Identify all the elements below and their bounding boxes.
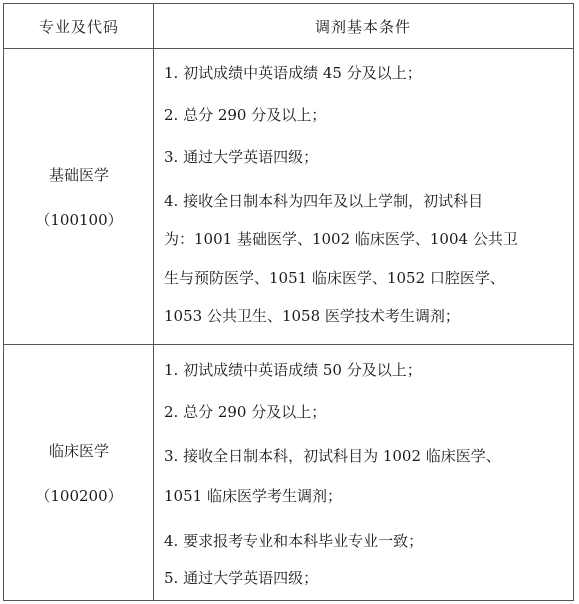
major-code: （100200） [35, 485, 122, 506]
conditions-cell-basic-medicine: 1. 初试成绩中英语成绩 45 分及以上； 2. 总分 290 分及以上； 3.… [164, 50, 569, 344]
condition-line: 5. 通过大学英语四级； [164, 567, 318, 588]
condition-line: 2. 总分 290 分及以上； [164, 401, 326, 422]
condition-line: 1. 初试成绩中英语成绩 45 分及以上； [164, 62, 422, 83]
condition-line: 2. 总分 290 分及以上； [164, 104, 326, 125]
condition-line: 1051 临床医学考生调剂； [164, 485, 342, 506]
condition-line: 3. 接收全日制本科，初试科目为 1002 临床医学、 [164, 445, 501, 466]
adjustment-conditions-table: 专业及代码 调剂基本条件 基础医学 （100100） 1. 初试成绩中英语成绩 … [3, 3, 574, 601]
condition-line: 1. 初试成绩中英语成绩 50 分及以上； [164, 359, 422, 380]
major-name: 临床医学 [49, 440, 109, 461]
row-divider [4, 344, 573, 345]
condition-line: 3. 通过大学英语四级； [164, 146, 318, 167]
condition-line: 生与预防医学、1051 临床医学、1052 口腔医学、 [164, 267, 505, 288]
condition-line: 1053 公共卫生、1058 医学技术考生调剂； [164, 305, 460, 326]
major-name: 基础医学 [49, 164, 109, 185]
conditions-cell-clinical-medicine: 1. 初试成绩中英语成绩 50 分及以上； 2. 总分 290 分及以上； 3.… [164, 346, 569, 599]
header-conditions: 调剂基本条件 [154, 4, 572, 49]
major-cell-clinical-medicine: 临床医学 （100200） [4, 346, 154, 599]
condition-line: 为：1001 基础医学、1002 临床医学、1004 公共卫 [164, 228, 518, 249]
major-code: （100100） [35, 209, 122, 230]
condition-line: 4. 要求报考专业和本科毕业专业一致； [164, 530, 423, 551]
major-cell-basic-medicine: 基础医学 （100100） [4, 50, 154, 344]
header-major-code: 专业及代码 [4, 4, 154, 49]
condition-line: 4. 接收全日制本科为四年及以上学制，初试科目 [164, 190, 483, 211]
